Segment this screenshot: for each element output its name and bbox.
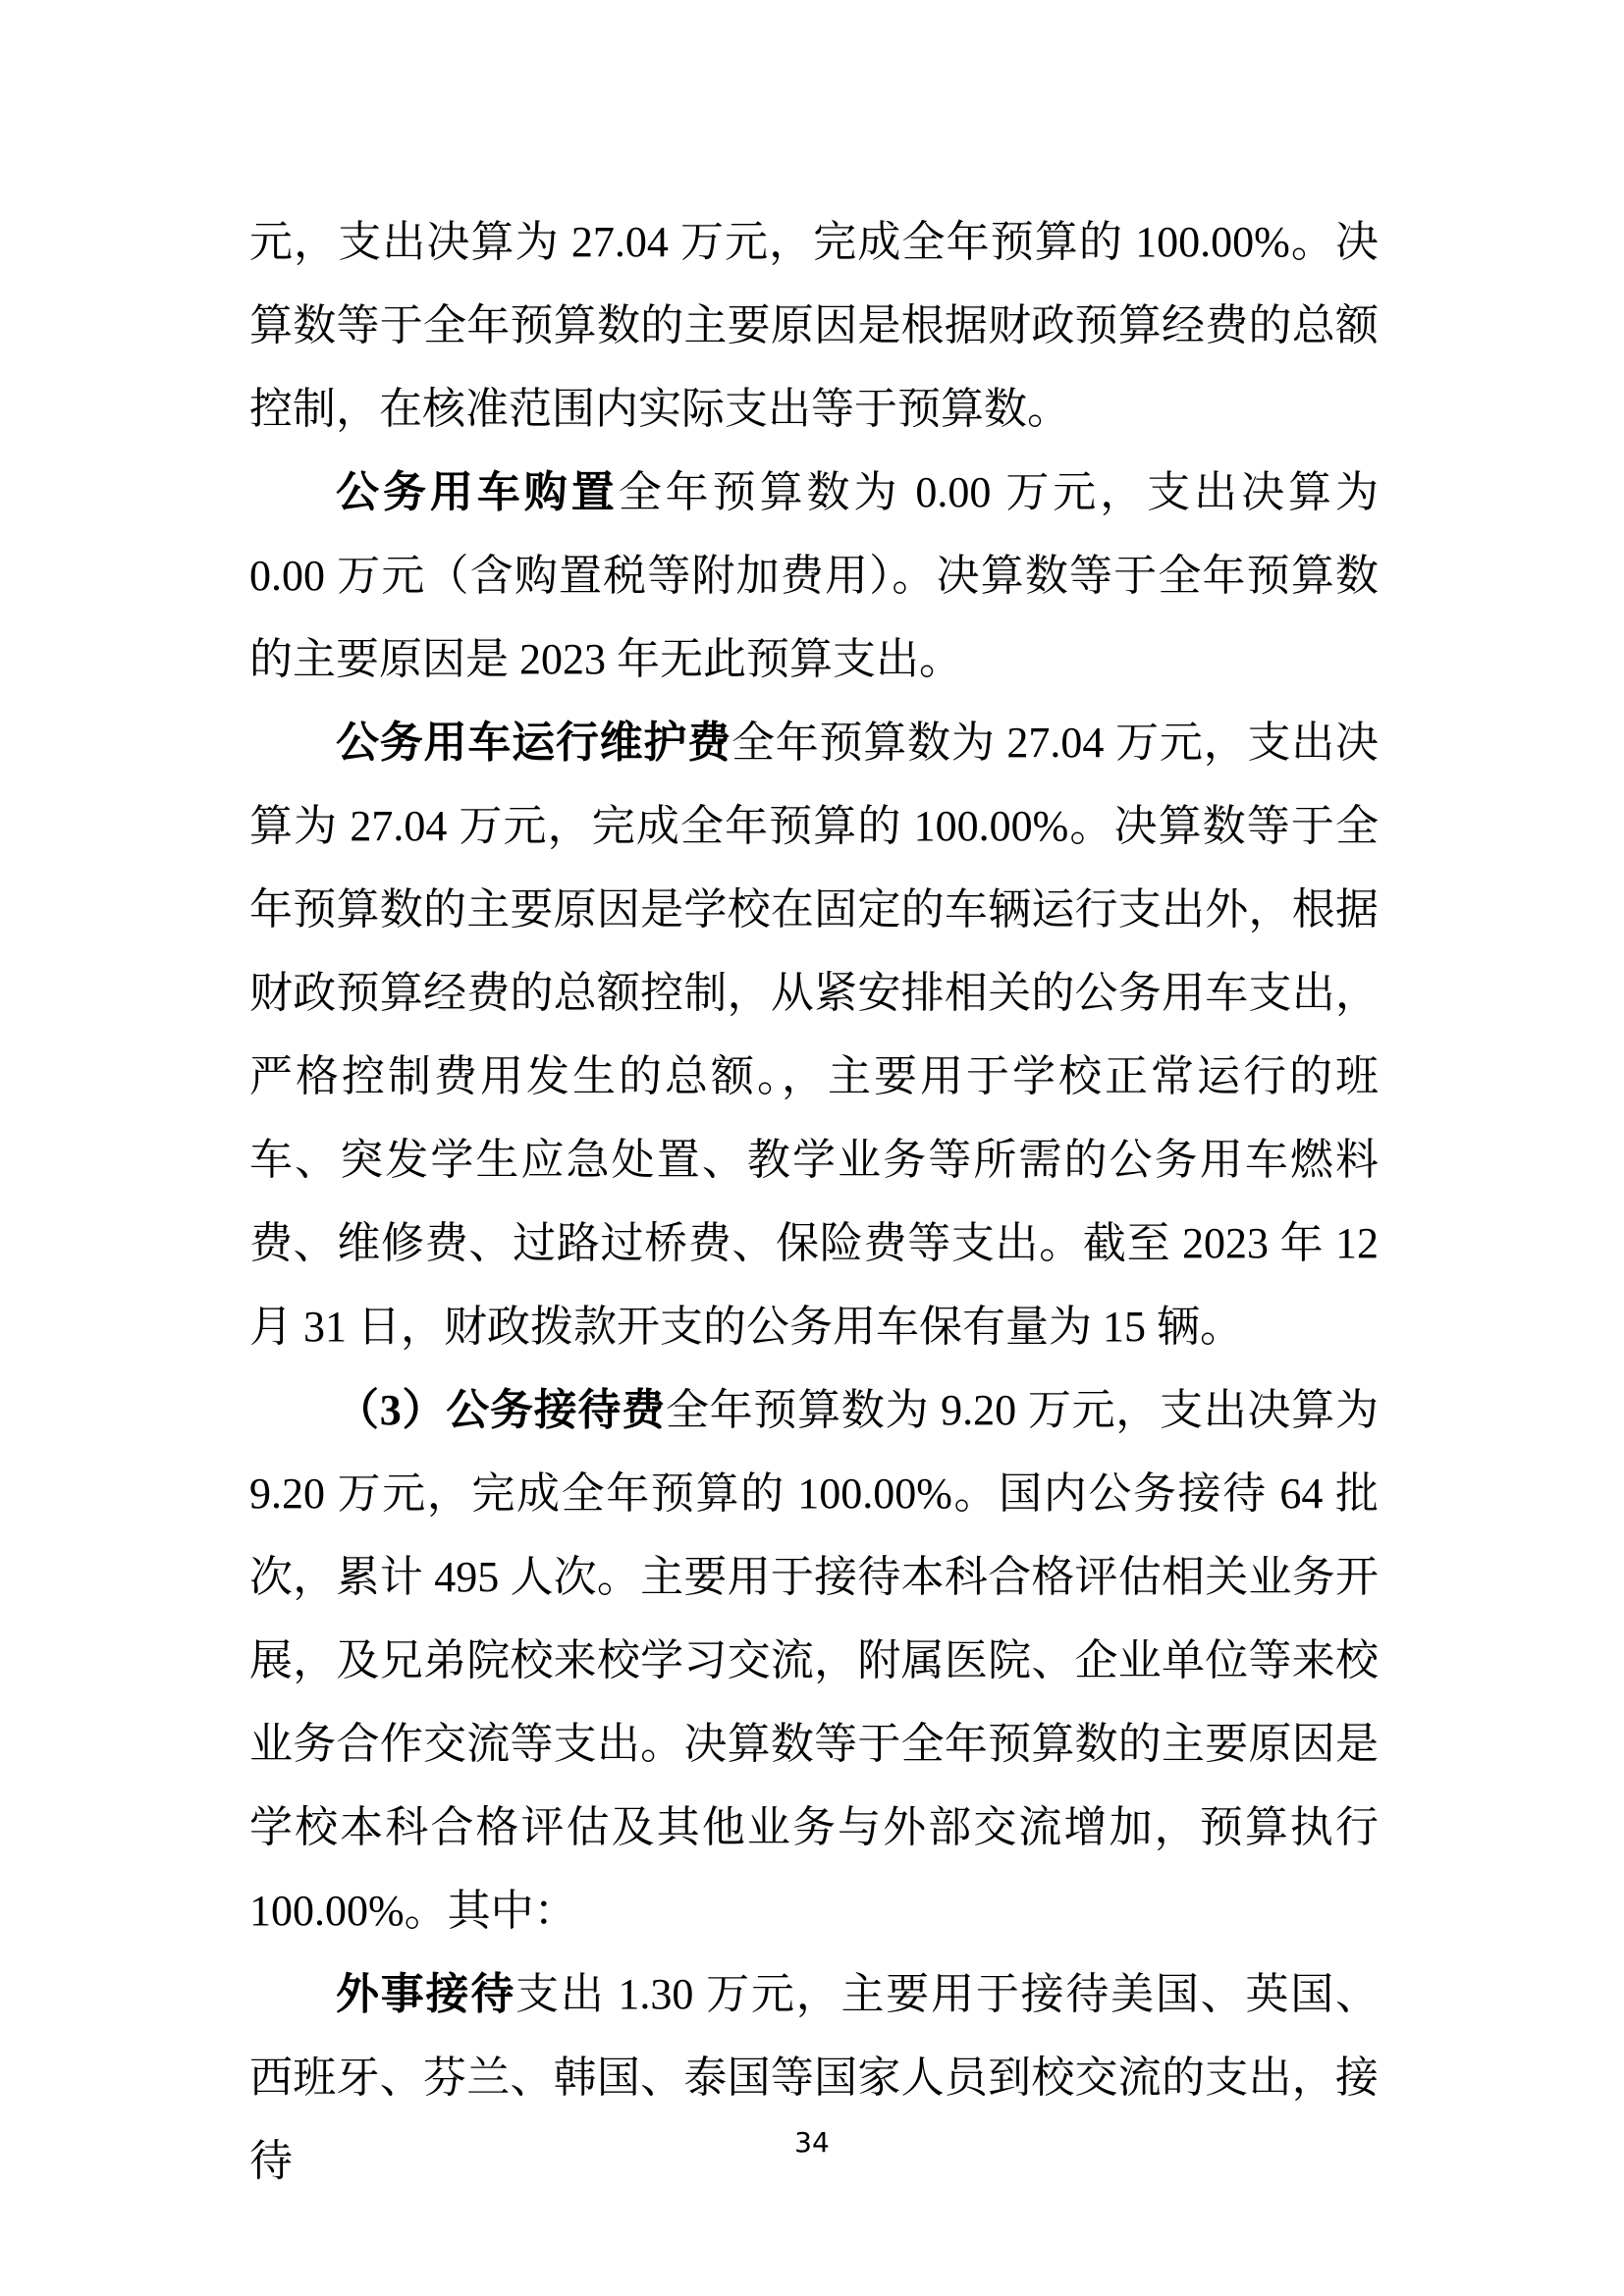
paragraph-bold-lead: 公务用车运行维护费 xyxy=(336,719,731,767)
paragraph-vehicle-maintenance: 公务用车运行维护费全年预算数为 27.04 万元，支出决算为 27.04 万元，… xyxy=(249,701,1379,1368)
paragraph-text: 全年预算数为 9.20 万元，支出决算为 9.20 万元，完成全年预算的 100… xyxy=(249,1386,1379,1935)
page-number: 34 xyxy=(0,2126,1624,2160)
paragraph-bold-lead: 公务用车购置 xyxy=(336,468,619,516)
paragraph-official-reception: （3）公务接待费全年预算数为 9.20 万元，支出决算为 9.20 万元，完成全… xyxy=(249,1368,1379,1952)
paragraph-foreign-reception: 外事接待支出 1.30 万元，主要用于接待美国、英国、西班牙、芬兰、韩国、泰国等… xyxy=(249,1952,1379,2203)
paragraph-bold-lead: 外事接待 xyxy=(336,1970,515,2018)
document-page: 元，支出决算为 27.04 万元，完成全年预算的 100.00%。决算数等于全年… xyxy=(0,0,1624,2296)
paragraph-text: 全年预算数为 27.04 万元，支出决算为 27.04 万元，完成全年预算的 1… xyxy=(249,719,1379,1351)
paragraph-continuation: 元，支出决算为 27.04 万元，完成全年预算的 100.00%。决算数等于全年… xyxy=(249,200,1379,451)
paragraph-vehicle-purchase: 公务用车购置全年预算数为 0.00 万元，支出决算为 0.00 万元（含购置税等… xyxy=(249,451,1379,701)
paragraph-bold-lead: （3）公务接待费 xyxy=(336,1386,666,1434)
paragraph-text: 元，支出决算为 27.04 万元，完成全年预算的 100.00%。决算数等于全年… xyxy=(249,218,1379,433)
document-body: 元，支出决算为 27.04 万元，完成全年预算的 100.00%。决算数等于全年… xyxy=(249,200,1379,2203)
